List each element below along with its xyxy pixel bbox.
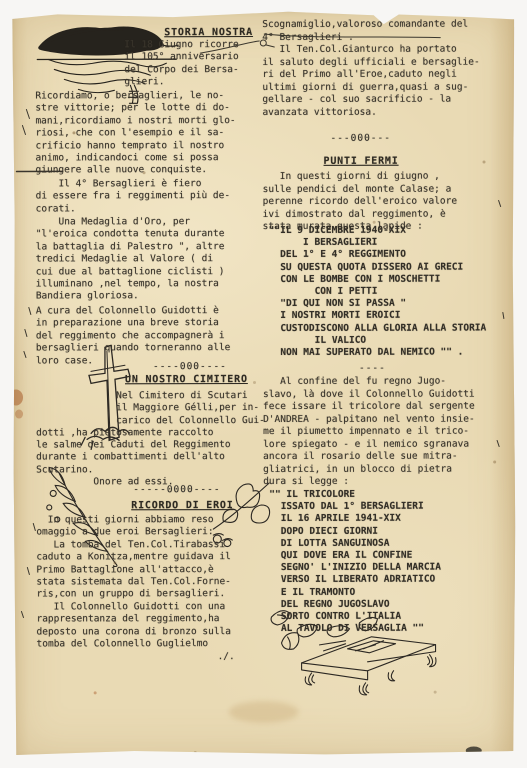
paragraph: In questi giorni abbiamo reso omaggio a …	[36, 514, 231, 651]
paragraph: Il 4° Bersaglieri è fiero di essere fra …	[36, 178, 231, 216]
separator: ---000---	[330, 133, 391, 146]
continuation-mark: ./.	[218, 651, 235, 663]
paragraph: Nel Cimitero di Scutari il Maggiore Géll…	[36, 390, 265, 489]
memorial-plaque-text: "" IL TRICOLORE ISSATO DAL 1° BERSAGLIER…	[269, 489, 441, 636]
scan-background: { "document_type": "scanned typewritten …	[0, 0, 527, 768]
paragraph: Al confine del fu regno Jugo- slavo, là …	[263, 376, 475, 489]
section-heading-punti-fermi: PUNTI FERMI	[324, 156, 399, 169]
section-heading-storia-nostra: STORIA NOSTRA	[164, 27, 253, 40]
paragraph: Scognamiglio,valoroso comandante del 4° …	[262, 19, 480, 119]
paragraph: A cura del Colonnello Guidotti è in prep…	[36, 305, 231, 367]
paragraph: Il 18 Giugno ricorre il 105° anniversari…	[124, 39, 238, 89]
section-heading-un-nostro-cimitero: UN NOSTRO CIMITERO	[125, 374, 248, 387]
separator: ----	[359, 363, 386, 375]
section-heading-ricordo-di-eroi: RICORDO DI EROI	[131, 500, 233, 513]
separator: ----000----	[153, 361, 227, 374]
scanned-page: STORIA NOSTRA Il 18 Giugno ricorre il 10…	[12, 10, 516, 756]
separator: -----0000----	[133, 484, 220, 497]
paragraph: Una Medaglia d'Oro, per "l'eroica condot…	[36, 216, 225, 303]
memorial-plaque-text: ""IL 9 DICEMBRE 1940-XIX I BERSAGLIERI D…	[269, 225, 487, 360]
paragraph: Ricordiamo, o bersaglieri, le no- stre v…	[35, 90, 235, 177]
